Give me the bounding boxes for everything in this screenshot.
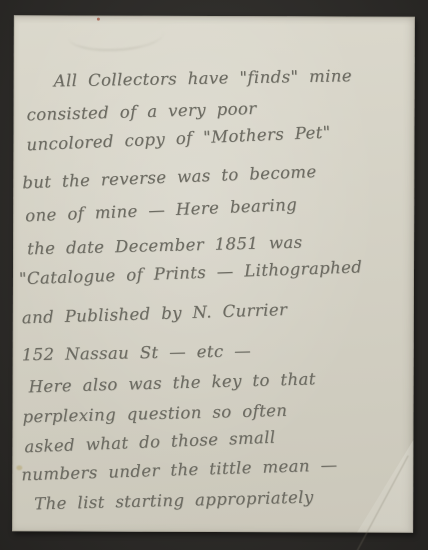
handwritten-line: the date December 1851 was	[27, 233, 303, 259]
paper-sheet: All Collectors have "finds" mine consist…	[12, 15, 415, 532]
handwritten-line: Here also was the key to that	[28, 369, 316, 396]
photo-backdrop: All Collectors have "finds" mine consist…	[0, 0, 428, 550]
handwritten-line: 152 Nassau St — etc —	[22, 341, 252, 364]
handwritten-line: All Collectors have "finds" mine	[54, 66, 353, 90]
paper-speck	[97, 18, 100, 21]
handwritten-line: consisted of a very poor	[26, 99, 256, 124]
fold-crease	[69, 19, 164, 50]
handwritten-line: but the reverse was to become	[22, 162, 317, 192]
handwritten-line: "Catalogue of Prints — Lithographed	[19, 257, 363, 288]
handwritten-line: one of mine — Here bearing	[25, 195, 298, 225]
handwritten-line: asked what do those small	[24, 428, 276, 457]
handwritten-line: The list starting appropriately	[34, 488, 314, 514]
handwritten-line: uncolored copy of "Mothers Pet"	[26, 123, 331, 155]
handwritten-line: and Published by N. Currier	[22, 300, 288, 327]
handwritten-line: numbers under the tittle mean —	[21, 455, 338, 484]
handwritten-line: perplexing question so often	[22, 401, 287, 426]
